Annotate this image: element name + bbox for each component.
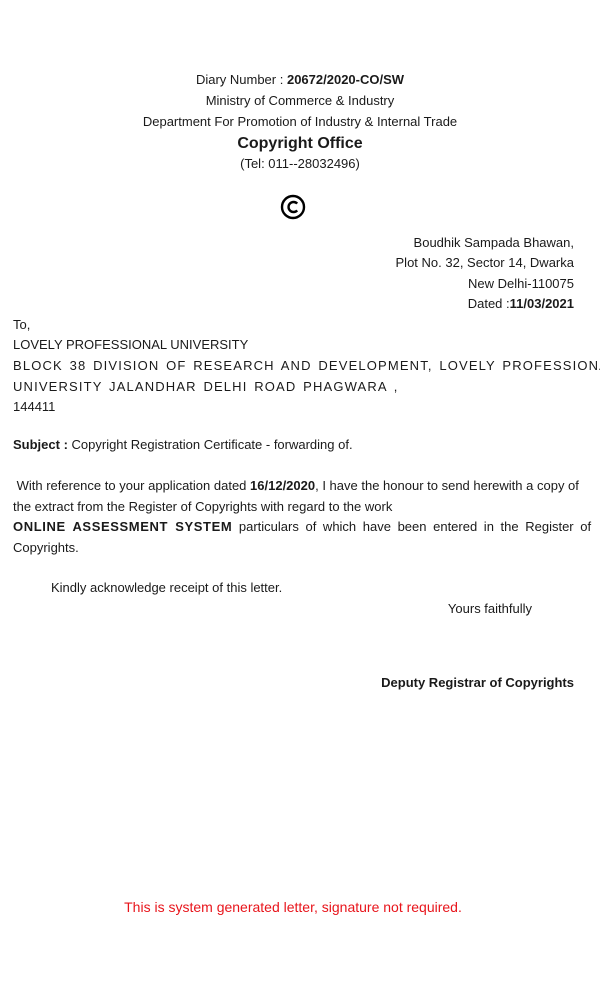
- recipient-address-line: UNIVERSITY JALANDHAR DELHI ROAD PHAGWARA…: [13, 379, 399, 394]
- department-name: Department For Promotion of Industry & I…: [0, 114, 600, 129]
- ministry-name: Ministry of Commerce & Industry: [0, 93, 600, 108]
- sender-address-line: Boudhik Sampada Bhawan,: [414, 235, 574, 250]
- copyright-icon: [280, 194, 306, 220]
- diary-number-value: 20672/2020-CO/SW: [287, 72, 404, 87]
- recipient-address-line: BLOCK 38 DIVISION OF RESEARCH AND DEVELO…: [13, 358, 600, 373]
- body-text: particulars of which have been entered i…: [232, 519, 591, 534]
- recipient-name: LOVELY PROFESSIONAL UNIVERSITY: [13, 337, 248, 352]
- acknowledge-request: Kindly acknowledge receipt of this lette…: [51, 580, 282, 595]
- dated-label: Dated :: [468, 296, 510, 311]
- work-title: ONLINE ASSESSMENT SYSTEM: [13, 519, 232, 534]
- office-title: Copyright Office: [0, 135, 600, 153]
- letter-date: Dated :11/03/2021: [468, 296, 574, 311]
- to-label: To,: [13, 317, 30, 332]
- system-generated-note: This is system generated letter, signatu…: [0, 899, 586, 915]
- subject-label: Subject :: [13, 437, 72, 452]
- diary-label: Diary Number :: [196, 72, 287, 87]
- sender-address-line: New Delhi-110075: [468, 276, 574, 291]
- body-text: , I have the honour to send herewith a c…: [315, 478, 579, 493]
- diary-number: Diary Number : 20672/2020-CO/SW: [0, 72, 600, 87]
- sender-address-line: Plot No. 32, Sector 14, Dwarka: [396, 255, 574, 270]
- subject-text: Copyright Registration Certificate - for…: [72, 437, 353, 452]
- body-text: With reference to your application dated: [13, 478, 250, 493]
- body-line: ONLINE ASSESSMENT SYSTEM particulars of …: [13, 519, 574, 534]
- body-line: Copyrights.: [13, 540, 574, 555]
- application-date: 16/12/2020: [250, 478, 315, 493]
- body-line: With reference to your application dated…: [13, 478, 574, 493]
- dated-value: 11/03/2021: [510, 296, 574, 311]
- recipient-pincode: 144411: [13, 399, 55, 414]
- signatory-title: Deputy Registrar of Copyrights: [381, 675, 574, 690]
- subject-line: Subject : Copyright Registration Certifi…: [13, 437, 353, 452]
- office-telephone: (Tel: 011--28032496): [0, 156, 600, 171]
- closing-salutation: Yours faithfully: [448, 601, 532, 616]
- body-line: the extract from the Register of Copyrig…: [13, 499, 574, 514]
